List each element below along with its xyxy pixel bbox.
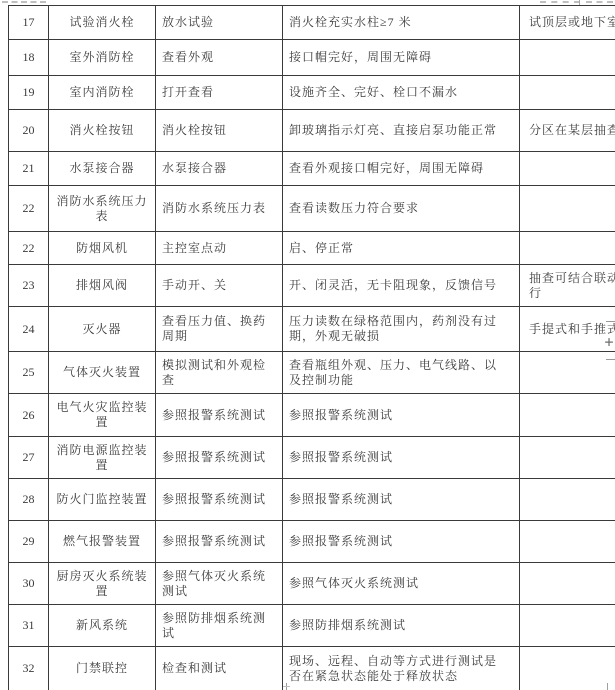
table-row: 22 消防水系统压力表 消防水系统压力表 查看读数压力符合要求 <box>9 186 615 232</box>
content-cell[interactable]: 参照报警系统测试 <box>283 521 520 563</box>
content-cell[interactable]: 接口帽完好，周围无障碍 <box>283 40 520 76</box>
device-cell[interactable]: 电气火灾监控装置 <box>49 394 156 437</box>
content-cell[interactable]: 参照报警系统测试 <box>283 437 520 479</box>
content-cell[interactable]: 启、停正常 <box>283 232 520 265</box>
page-break-dash-right-end <box>586 1 613 3</box>
table-row: 23 排烟风阀 手动开、关 开、闭灵活，无卡阻现象，反馈信号 抽查可结合联动测试… <box>9 265 615 307</box>
content-cell[interactable]: 卸玻璃指示灯亮、直接启泵功能正常 <box>283 110 520 152</box>
row-number-cell[interactable]: 29 <box>9 521 49 563</box>
fire-inspection-table: 17 试验消火栓 放水试验 消火栓充实水柱≥7 米 试顶层或地下室 18 室外消… <box>8 5 615 690</box>
table-row: 28 防火门监控装置 参照报警系统测试 参照报警系统测试 <box>9 479 615 521</box>
bottom-edge-tick-icon <box>283 683 290 690</box>
method-cell[interactable]: 打开查看 <box>156 76 283 110</box>
bottom-right-mark <box>607 683 614 690</box>
device-cell[interactable]: 消火栓按钮 <box>49 110 156 152</box>
method-cell[interactable]: 手动开、关 <box>156 265 283 307</box>
note-cell[interactable] <box>520 394 615 437</box>
table-row: 21 水泵接合器 水泵接合器 查看外观接口帽完好，周围无障碍 <box>9 152 615 186</box>
device-cell[interactable]: 消防电源监控装置 <box>49 437 156 479</box>
device-cell[interactable]: 室内消防栓 <box>49 76 156 110</box>
row-number-cell[interactable]: 25 <box>9 352 49 394</box>
content-cell[interactable]: 查看读数压力符合要求 <box>283 186 520 232</box>
method-cell[interactable]: 参照报警系统测试 <box>156 394 283 437</box>
content-cell[interactable]: 查看瓶组外观、压力、电气线路、以及控制功能 <box>283 352 520 394</box>
method-cell[interactable]: 参照报警系统测试 <box>156 479 283 521</box>
device-cell[interactable]: 厨房灭火系统装置 <box>49 563 156 605</box>
row-number-cell[interactable]: 30 <box>9 563 49 605</box>
document-page: 17 试验消火栓 放水试验 消火栓充实水柱≥7 米 试顶层或地下室 18 室外消… <box>0 0 615 690</box>
note-cell[interactable] <box>520 40 615 76</box>
note-cell[interactable]: 试顶层或地下室 <box>520 6 615 40</box>
content-cell[interactable]: 查看外观接口帽完好，周围无障碍 <box>283 152 520 186</box>
table-row: 20 消火栓按钮 消火栓按钮 卸玻璃指示灯亮、直接启泵功能正常 分区在某层抽查 <box>9 110 615 152</box>
method-cell[interactable]: 参照气体灭火系统测试 <box>156 563 283 605</box>
method-cell[interactable]: 参照防排烟系统测试 <box>156 605 283 647</box>
row-number-cell[interactable]: 26 <box>9 394 49 437</box>
split-handle-dash-top <box>606 321 615 322</box>
content-cell[interactable]: 参照防排烟系统测试 <box>283 605 520 647</box>
content-cell[interactable]: 现场、远程、自动等方式进行测试是否在紧急状态能处于释放状态 <box>283 647 520 690</box>
row-number-cell[interactable]: 17 <box>9 6 49 40</box>
table-row: 29 燃气报警装置 参照报警系统测试 参照报警系统测试 <box>9 521 615 563</box>
table-row: 27 消防电源监控装置 参照报警系统测试 参照报警系统测试 <box>9 437 615 479</box>
method-cell[interactable]: 检查和测试 <box>156 647 283 690</box>
table-row: 25 气体灭火装置 模拟测试和外观检查 查看瓶组外观、压力、电气线路、以及控制功… <box>9 352 615 394</box>
device-cell[interactable]: 门禁联控 <box>49 647 156 690</box>
note-cell[interactable] <box>520 76 615 110</box>
table-row: 26 电气火灾监控装置 参照报警系统测试 参照报警系统测试 <box>9 394 615 437</box>
method-cell[interactable]: 水泵接合器 <box>156 152 283 186</box>
table-row: 31 新风系统 参照防排烟系统测试 参照防排烟系统测试 <box>9 605 615 647</box>
table-row: 18 室外消防栓 查看外观 接口帽完好，周围无障碍 <box>9 40 615 76</box>
row-number-cell[interactable]: 23 <box>9 265 49 307</box>
row-number-cell[interactable]: 22 <box>9 186 49 232</box>
content-cell[interactable]: 参照报警系统测试 <box>283 479 520 521</box>
row-number-cell[interactable]: 32 <box>9 647 49 690</box>
table-row: 22 防烟风机 主控室点动 启、停正常 <box>9 232 615 265</box>
note-cell[interactable] <box>520 563 615 605</box>
device-cell[interactable]: 室外消防栓 <box>49 40 156 76</box>
table-row: 19 室内消防栓 打开查看 设施齐全、完好、栓口不漏水 <box>9 76 615 110</box>
table-row: 32 门禁联控 检查和测试 现场、远程、自动等方式进行测试是否在紧急状态能处于释… <box>9 647 615 690</box>
note-cell[interactable] <box>520 647 615 690</box>
device-cell[interactable]: 气体灭火装置 <box>49 352 156 394</box>
device-cell[interactable]: 防烟风机 <box>49 232 156 265</box>
note-cell[interactable]: 分区在某层抽查 <box>520 110 615 152</box>
page-break-dash-right <box>540 1 580 3</box>
row-number-cell[interactable]: 24 <box>9 307 49 352</box>
method-cell[interactable]: 参照报警系统测试 <box>156 521 283 563</box>
note-cell[interactable] <box>520 521 615 563</box>
device-cell[interactable]: 防火门监控装置 <box>49 479 156 521</box>
content-cell[interactable]: 参照气体灭火系统测试 <box>283 563 520 605</box>
row-number-cell[interactable]: 20 <box>9 110 49 152</box>
note-cell[interactable]: 抽查可结合联动测试进行 <box>520 265 615 307</box>
method-cell[interactable]: 放水试验 <box>156 6 283 40</box>
note-cell[interactable] <box>520 479 615 521</box>
table-row: 24 灭火器 查看压力值、换药周期 压力读数在绿格范围内，药剂没有过期，外观无破… <box>9 307 615 352</box>
table-row: 30 厨房灭火系统装置 参照气体灭火系统测试 参照气体灭火系统测试 <box>9 563 615 605</box>
split-handle-plus-icon[interactable]: + <box>601 333 615 351</box>
device-cell[interactable]: 水泵接合器 <box>49 152 156 186</box>
method-cell[interactable]: 消火栓按钮 <box>156 110 283 152</box>
row-number-cell[interactable]: 18 <box>9 40 49 76</box>
note-cell[interactable] <box>520 186 615 232</box>
note-cell[interactable] <box>520 605 615 647</box>
note-cell[interactable] <box>520 352 615 394</box>
content-cell[interactable]: 消火栓充实水柱≥7 米 <box>283 6 520 40</box>
table-row: 17 试验消火栓 放水试验 消火栓充实水柱≥7 米 试顶层或地下室 <box>9 6 615 40</box>
note-cell[interactable] <box>520 152 615 186</box>
method-cell[interactable]: 查看压力值、换药周期 <box>156 307 283 352</box>
method-cell[interactable]: 主控室点动 <box>156 232 283 265</box>
note-cell[interactable] <box>520 232 615 265</box>
split-handle-dash-bottom <box>606 359 615 360</box>
row-number-cell[interactable]: 28 <box>9 479 49 521</box>
row-number-cell[interactable]: 27 <box>9 437 49 479</box>
note-cell[interactable] <box>520 437 615 479</box>
method-cell[interactable]: 模拟测试和外观检查 <box>156 352 283 394</box>
device-cell[interactable]: 灭火器 <box>49 307 156 352</box>
device-cell[interactable]: 消防水系统压力表 <box>49 186 156 232</box>
content-cell[interactable]: 开、闭灵活，无卡阻现象，反馈信号 <box>283 265 520 307</box>
content-cell[interactable]: 参照报警系统测试 <box>283 394 520 437</box>
device-cell[interactable]: 排烟风阀 <box>49 265 156 307</box>
page-break-dash-left <box>2 1 46 3</box>
method-cell[interactable]: 消防水系统压力表 <box>156 186 283 232</box>
device-cell[interactable]: 燃气报警装置 <box>49 521 156 563</box>
row-number-cell[interactable]: 21 <box>9 152 49 186</box>
row-number-cell[interactable]: 31 <box>9 605 49 647</box>
method-cell[interactable]: 参照报警系统测试 <box>156 437 283 479</box>
method-cell[interactable]: 查看外观 <box>156 40 283 76</box>
device-cell[interactable]: 试验消火栓 <box>49 6 156 40</box>
content-cell[interactable]: 压力读数在绿格范围内，药剂没有过期，外观无破损 <box>283 307 520 352</box>
device-cell[interactable]: 新风系统 <box>49 605 156 647</box>
row-number-cell[interactable]: 19 <box>9 76 49 110</box>
content-cell[interactable]: 设施齐全、完好、栓口不漏水 <box>283 76 520 110</box>
row-number-cell[interactable]: 22 <box>9 232 49 265</box>
